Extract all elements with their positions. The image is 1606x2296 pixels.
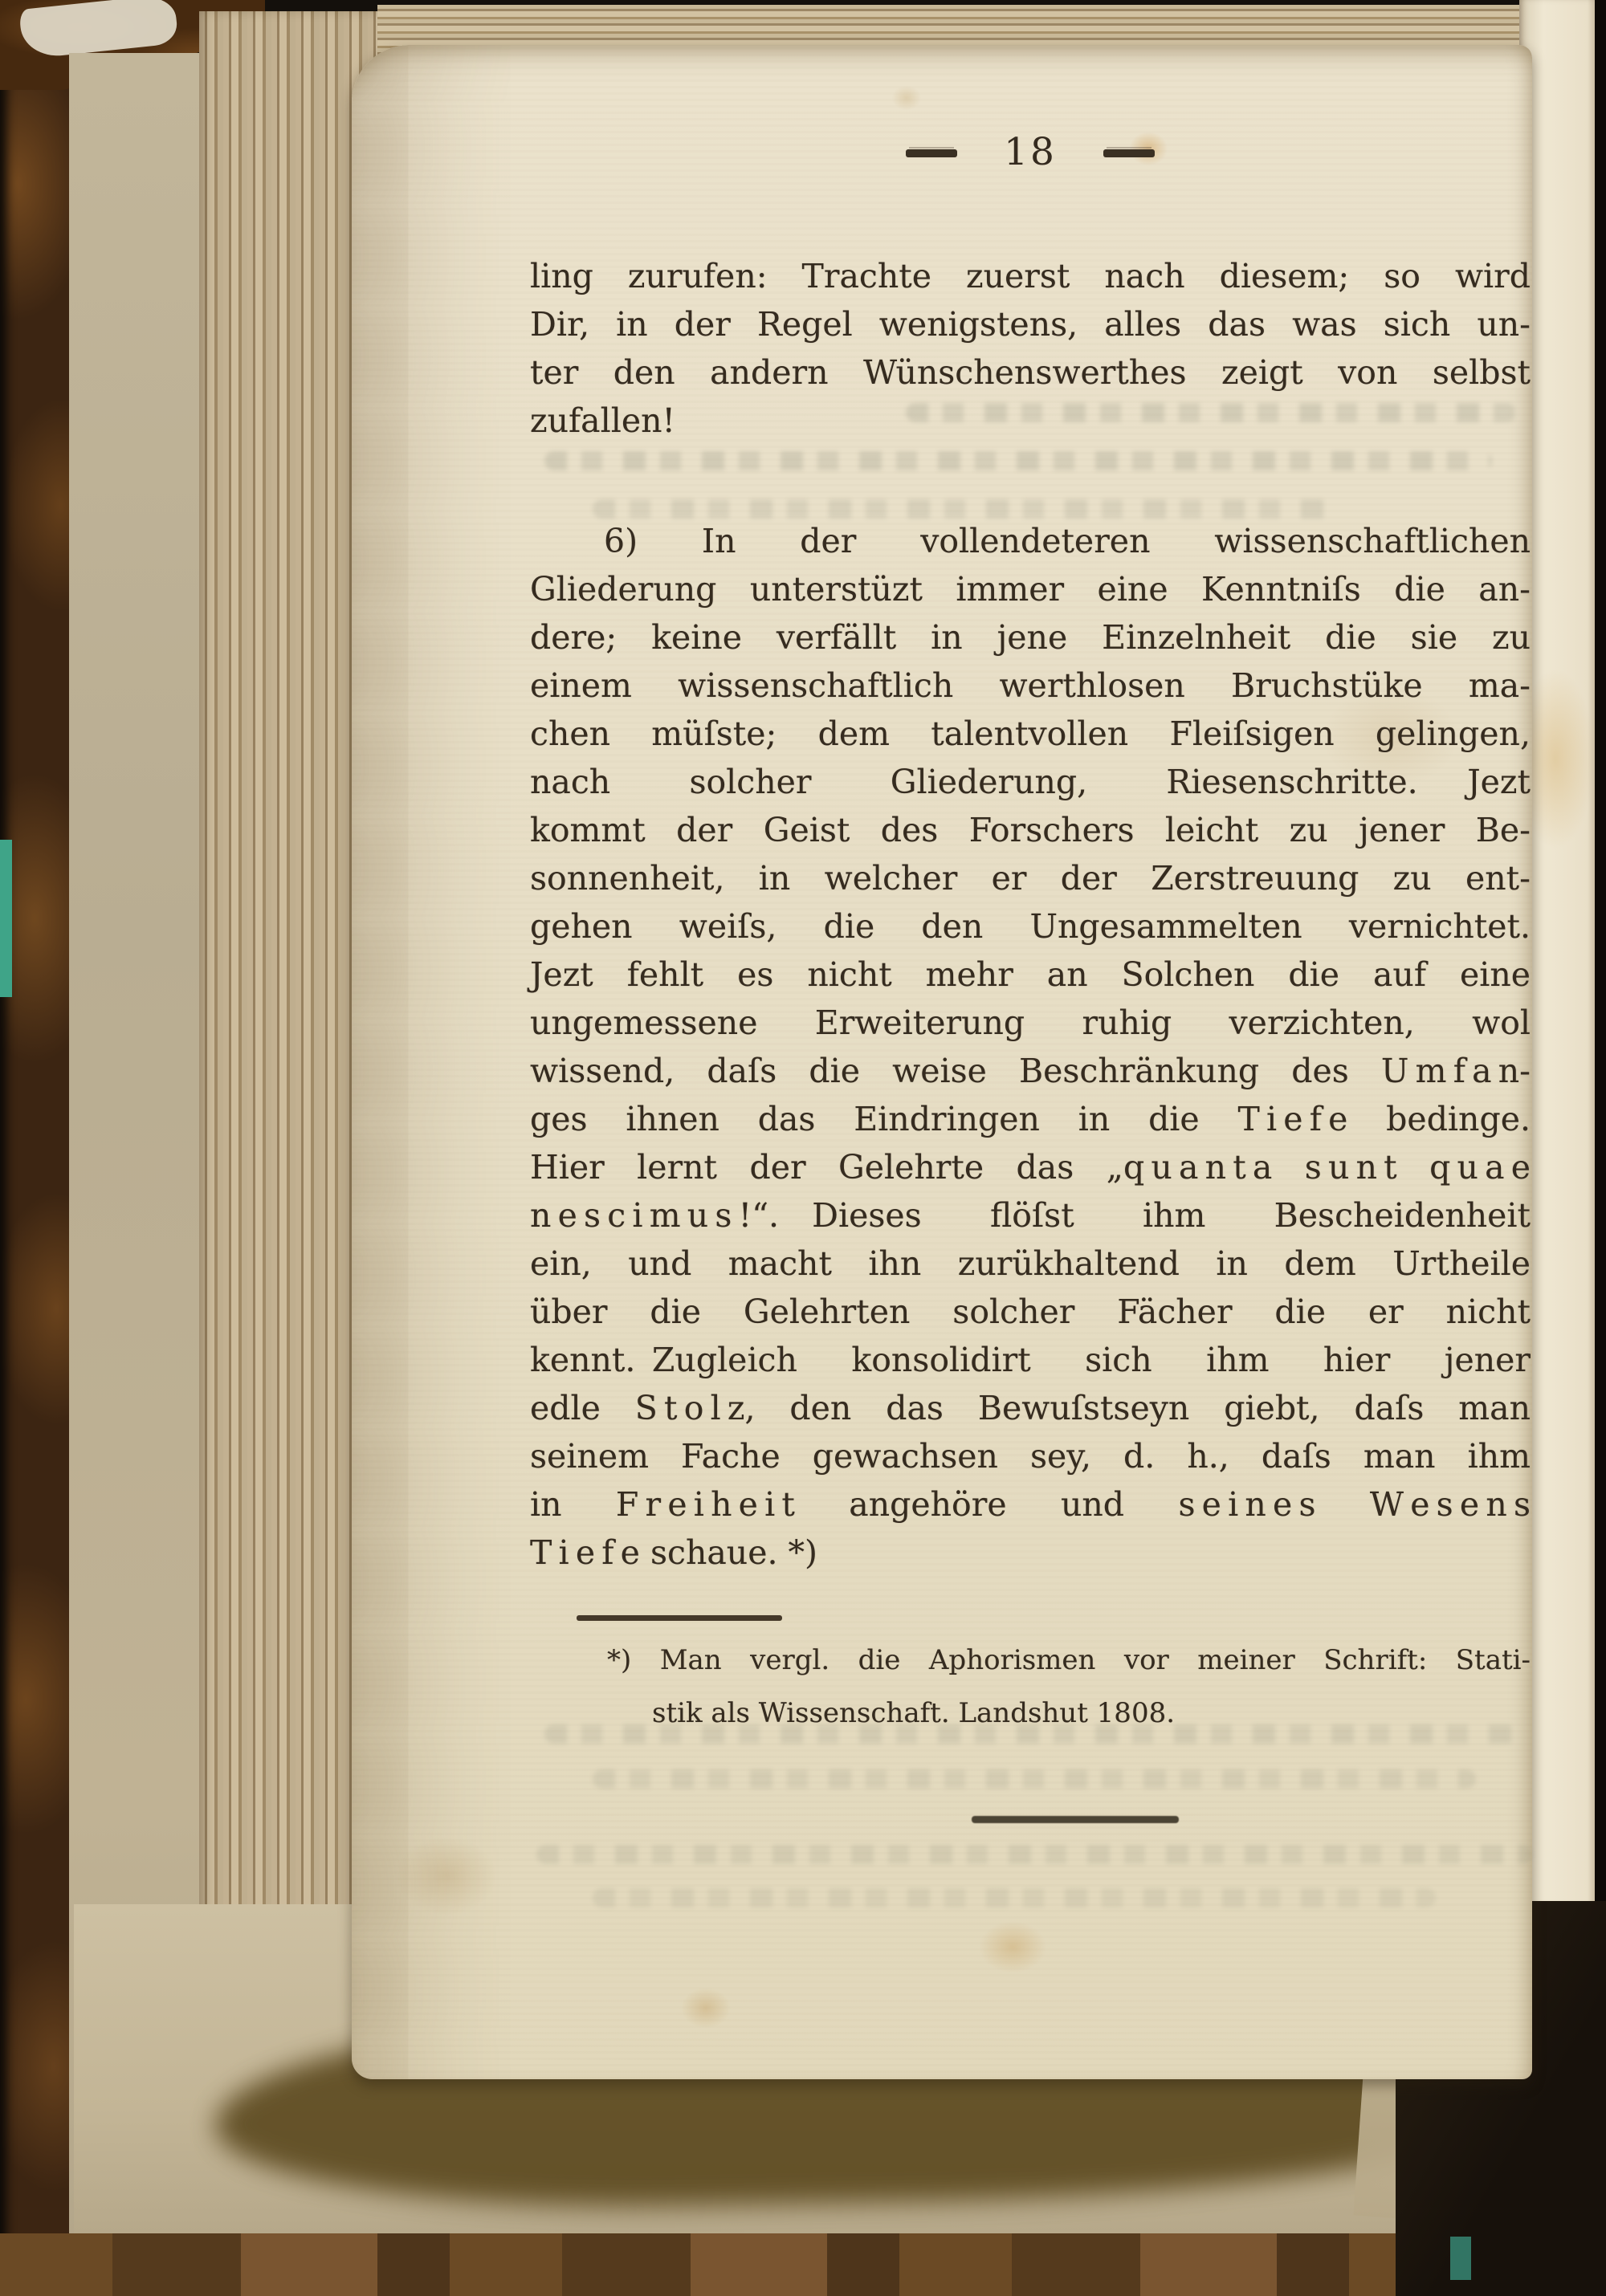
- text-line: über die Gelehrten solcher Fächer die er…: [530, 1288, 1531, 1336]
- footnote-line: *) Man vergl. die Aphorismen vor meiner …: [607, 1634, 1531, 1687]
- paragraph: 6) In der vollendeteren wissenschaftlich…: [530, 517, 1531, 1577]
- text-line: ein, und macht ihn zurükhaltend in dem U…: [530, 1240, 1531, 1288]
- text-line: zufallen!: [530, 397, 1531, 445]
- text-line: einem wissenschaftlich werthlosen Bruchs…: [530, 662, 1531, 710]
- text-line: in F r e i h e i t angehöre und s e i n …: [530, 1480, 1531, 1529]
- text-line: T i e f e schaue. *): [530, 1529, 1531, 1577]
- text-line: ges ihnen das Eindringen in die T i e f …: [530, 1095, 1531, 1143]
- book-photo: 18 ling zurufen: Trachte zuerst nach die…: [0, 0, 1606, 2296]
- text-line: wissend, daſs die weise Beschränkung des…: [530, 1047, 1531, 1095]
- text-line: edle S t o l z, den das Bewuſstseyn gieb…: [530, 1384, 1531, 1432]
- text-line: sonnenheit, in welcher er der Zerstreuun…: [530, 854, 1531, 902]
- footnote-separator-rule: [577, 1615, 782, 1621]
- text-line: Gliederung unterstüzt immer eine Kenntni…: [530, 565, 1531, 613]
- leather-cover-bottom: [0, 2233, 1606, 2296]
- footnote: *) Man vergl. die Aphorismen vor meiner …: [530, 1634, 1531, 1740]
- header-rule-right: [1103, 149, 1155, 157]
- page-header: 18: [530, 125, 1531, 181]
- text-line: Jezt fehlt es nicht mehr an Solchen die …: [530, 951, 1531, 999]
- teal-endpaper-strip: [0, 840, 12, 997]
- text-line: gehen weiſs, die den Ungesammelten verni…: [530, 902, 1531, 951]
- header-rule-left: [906, 149, 957, 157]
- show-through-rule: [972, 1816, 1179, 1823]
- text-line: seinem Fache gewachsen sey, d. h., daſs …: [530, 1432, 1531, 1480]
- book-page: 18 ling zurufen: Trachte zuerst nach die…: [352, 45, 1532, 2079]
- text-line: kennt. Zugleich konsolidirt sich ihm hie…: [530, 1336, 1531, 1384]
- text-line: n e s c i m u s !“. Dieses flöſst ihm Be…: [530, 1191, 1531, 1240]
- page-text: 18 ling zurufen: Trachte zuerst nach die…: [530, 125, 1531, 1740]
- text-line: ter den andern Wünschenswerthes zeigt vo…: [530, 348, 1531, 397]
- page-number: 18: [1004, 133, 1057, 171]
- text-line: nach solcher Gliederung, Riesenschritte.…: [530, 758, 1531, 806]
- show-through-text: [536, 1845, 1532, 1864]
- text-line: chen müſste; dem talentvollen Fleiſsigen…: [530, 710, 1531, 758]
- show-through-text: [593, 1769, 1476, 1789]
- footnote-line: stik als Wissenschaft. Landshut 1808.: [607, 1687, 1531, 1740]
- paragraph: ling zurufen: Trachte zuerst nach diesem…: [530, 252, 1531, 445]
- text-line: ling zurufen: Trachte zuerst nach diesem…: [530, 252, 1531, 300]
- text-line: Dir, in der Regel wenigstens, alles das …: [530, 300, 1531, 348]
- teal-accent-bottom: [1450, 2237, 1471, 2280]
- text-line: kommt der Geist des Forschers leicht zu …: [530, 806, 1531, 854]
- text-line: 6) In der vollendeteren wissenschaftlich…: [530, 517, 1531, 565]
- text-line: dere; keine verfällt in jene Einzelnheit…: [530, 613, 1531, 662]
- show-through-text: [593, 1888, 1436, 1907]
- text-line: ungemessene Erweiterung ruhig verzichten…: [530, 999, 1531, 1047]
- text-line: Hier lernt der Gelehrte das „q u a n t a…: [530, 1143, 1531, 1191]
